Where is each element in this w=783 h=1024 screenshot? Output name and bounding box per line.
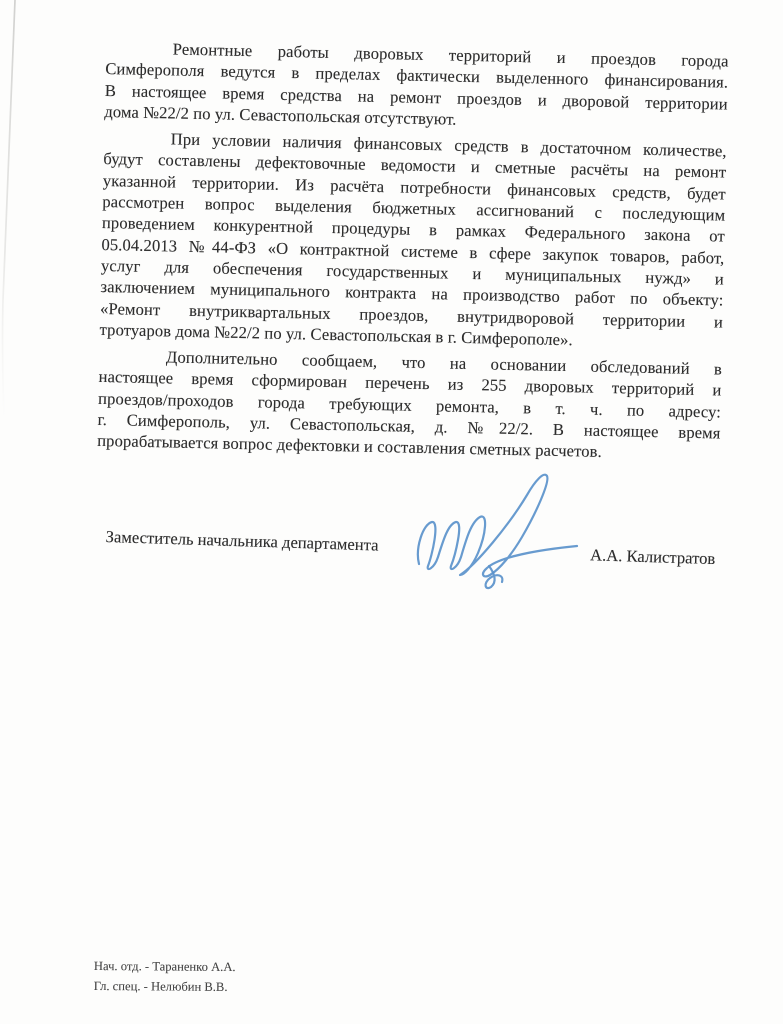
paragraph: При условии наличия финансовых средств в…: [99, 127, 726, 354]
paragraph: Ремонтные работы дворовых территорий и п…: [104, 37, 729, 136]
paragraph: Дополнительно сообщаем, что на основании…: [97, 345, 722, 465]
scan-crease-line: [0, 0, 40, 430]
footer-line: Нач. отд. - Тараненко А.А.: [94, 956, 236, 977]
scanned-page: Ремонтные работы дворовых территорий и п…: [0, 0, 783, 1024]
signer-position-title: Заместитель начальника департамента: [105, 527, 378, 556]
document-body: Ремонтные работы дворовых территорий и п…: [97, 37, 729, 465]
footer-line: Гл. спец. - Нелюбин В.В.: [94, 976, 236, 997]
signer-name: А.А. Калистратов: [590, 545, 716, 569]
signature-scribble-icon: [403, 468, 583, 593]
executors-footer: Нач. отд. - Тараненко А.А. Гл. спец. - Н…: [94, 956, 236, 998]
